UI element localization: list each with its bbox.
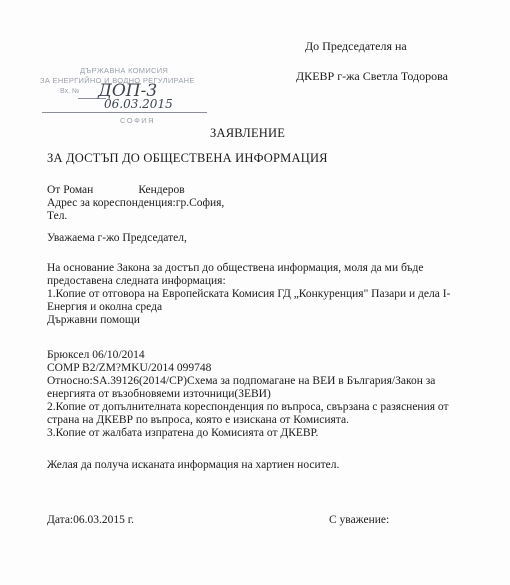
stamp-org-line1: ДЪРЖАВНА КОМИСИЯ — [80, 66, 168, 75]
registration-stamp: ДЪРЖАВНА КОМИСИЯ ЗА ЕНЕРГИЙНО И ВОДНО РЕ… — [40, 60, 230, 130]
delivery-preference: Желая да получа исканата информация на х… — [47, 459, 339, 472]
sender-block: От РоманКендеров Адрес за кореспонденция… — [47, 184, 224, 223]
scanned-document-page: ДЪРЖАВНА КОМИСИЯ ЗА ЕНЕРГИЙНО И ВОДНО РЕ… — [0, 0, 510, 585]
ref-line2: COMP B2/ZM?MKU/2014 099748 — [47, 362, 449, 375]
sender-first-name: От Роман — [47, 184, 93, 196]
item2-line2: страна на ДКЕВР по въпроса, която е изис… — [47, 414, 449, 427]
sender-phone: Тел. — [47, 210, 224, 223]
ref-line4: енергията от възобновяеми източници(ЗЕВИ… — [47, 388, 449, 401]
intro-line2: предоставена следната информация: — [47, 275, 450, 288]
addressee-line1: До Председателя на — [305, 39, 407, 54]
sender-address: Адрес за кореспонденция:гр.София, — [47, 197, 224, 210]
ref-line3: Относно:SA.39126(2014/CP)Схема за подпом… — [47, 375, 449, 388]
item2-line1: 2.Копие от допълнителната кореспонденция… — [47, 401, 449, 414]
item1-line1: 1.Копие от отговора на Европейската Коми… — [47, 288, 450, 301]
stamp-incoming-label: Вх. № — [60, 88, 80, 95]
salutation: Уважаема г-жо Председател, — [47, 232, 187, 245]
document-subtitle: ЗА ДОСТЪП ДО ОБЩЕСТВЕНА ИНФОРМАЦИЯ — [47, 151, 328, 166]
stamp-date: 06.03.2015 — [104, 97, 173, 111]
stamp-city: СОФИЯ — [120, 116, 155, 125]
addressee-line2: ДКЕВР г-жа Светла Тодорова — [296, 69, 448, 84]
item3-line1: 3.Копие от жалбата изпратена до Комисият… — [47, 427, 449, 440]
request-body: На основание Закона за достъп до обществ… — [47, 262, 450, 327]
footer-date: Дата:06.03.2015 г. — [47, 514, 134, 527]
footer-closing: С уважение: — [329, 514, 389, 527]
stamp-date-underline — [42, 112, 207, 113]
document-title: ЗАЯВЛЕНИЕ — [210, 126, 285, 141]
sender-name-row: От РоманКендеров — [47, 184, 224, 197]
reference-block: Брюксел 06/10/2014 COMP B2/ZM?MKU/2014 0… — [47, 349, 449, 440]
item1-line3: Държавни помощи — [47, 314, 450, 327]
ref-line1: Брюксел 06/10/2014 — [47, 349, 449, 362]
intro-line1: На основание Закона за достъп до обществ… — [47, 262, 450, 275]
sender-surname: Кендеров — [138, 184, 184, 197]
item1-line2: Енергия и околна среда — [47, 301, 450, 314]
